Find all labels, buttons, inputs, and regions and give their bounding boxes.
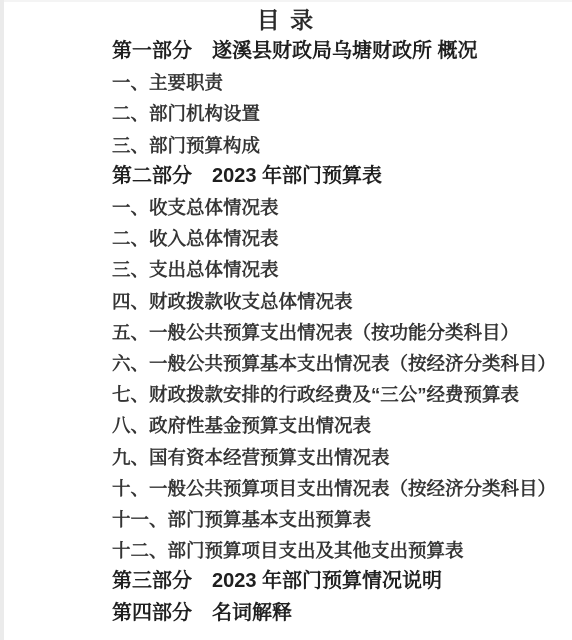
toc-entry: 二、收入总体情况表 bbox=[112, 223, 552, 254]
toc-entry: 一、主要职责 bbox=[112, 67, 552, 98]
toc-part-heading: 第三部分 2023 年部门预算情况说明 bbox=[112, 566, 552, 597]
document-page: 目 录 第一部分 遂溪县财政局乌塘财政所 概况 一、主要职责 二、部门机构设置 … bbox=[0, 0, 572, 640]
toc-list: 第一部分 遂溪县财政局乌塘财政所 概况 一、主要职责 二、部门机构设置 三、部门… bbox=[0, 36, 572, 629]
toc-entry: 七、财政拨款安排的行政经费及“三公”经费预算表 bbox=[112, 379, 552, 410]
toc-entry: 十二、部门预算项目支出及其他支出预算表 bbox=[112, 535, 552, 566]
toc-entry: 九、国有资本经营预算支出情况表 bbox=[112, 442, 552, 473]
page-left-edge bbox=[0, 0, 4, 640]
page-top-edge bbox=[0, 0, 572, 2]
toc-entry: 三、支出总体情况表 bbox=[112, 254, 552, 285]
toc-entry: 二、部门机构设置 bbox=[112, 98, 552, 129]
toc-entry: 五、一般公共预算支出情况表（按功能分类科目） bbox=[112, 317, 552, 348]
toc-entry: 四、财政拨款收支总体情况表 bbox=[112, 286, 552, 317]
toc-entry: 八、政府性基金预算支出情况表 bbox=[112, 410, 552, 441]
toc-entry: 一、收支总体情况表 bbox=[112, 192, 552, 223]
toc-part-heading: 第二部分 2023 年部门预算表 bbox=[112, 161, 552, 192]
toc-entry: 三、部门预算构成 bbox=[112, 130, 552, 161]
toc-part-heading: 第一部分 遂溪县财政局乌塘财政所 概况 bbox=[112, 36, 552, 67]
toc-entry: 十一、部门预算基本支出预算表 bbox=[112, 504, 552, 535]
toc-entry: 六、一般公共预算基本支出情况表（按经济分类科目） bbox=[112, 348, 552, 379]
toc-entry: 十、一般公共预算项目支出情况表（按经济分类科目） bbox=[112, 473, 552, 504]
toc-title: 目 录 bbox=[0, 0, 572, 32]
toc-part-heading: 第四部分 名词解释 bbox=[112, 598, 552, 629]
